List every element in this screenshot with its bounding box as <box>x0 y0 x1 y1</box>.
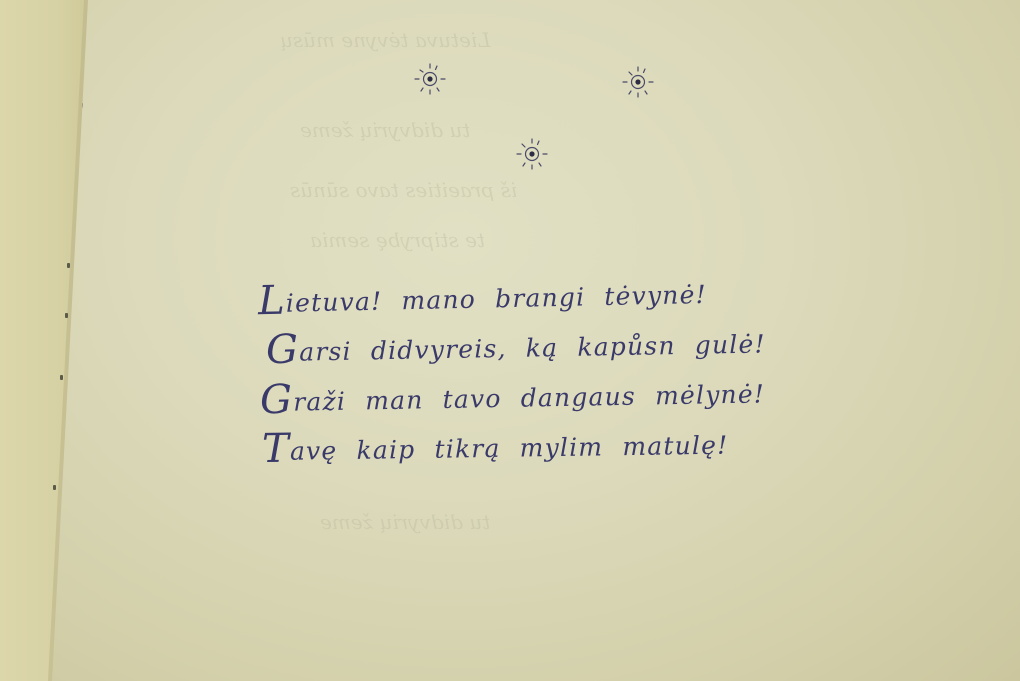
bleed-through-text: tu didvyrių žeme <box>300 118 470 142</box>
bleed-through-text: iš praeities tavo sūnūs <box>290 178 517 202</box>
binding-stitch <box>67 263 70 268</box>
poem-line-text: ietuva! mano brangi tėvynė! <box>286 280 708 318</box>
poem-line-text: arsi didvyreis, ką kapůsn gulė! <box>299 329 766 366</box>
poem-line-4: Tavę kaip tikrą mylim matulę! <box>262 416 859 474</box>
binding-stitch <box>65 313 68 318</box>
bleed-through-text: tu didvyrių žeme <box>320 510 490 534</box>
sun-ornament-icon <box>618 62 658 102</box>
binding-stitch <box>53 485 56 490</box>
sun-ornament-icon <box>410 59 450 99</box>
bleed-through-text: te stiprybę semia <box>310 228 485 252</box>
poem-line-text: avę kaip tikrą mylim matulę! <box>290 431 729 466</box>
sun-ornament-icon <box>512 134 552 174</box>
handwritten-poem: Lietuva! mano brangi tėvynė! Garsi didvy… <box>258 270 858 470</box>
initial-capital: T <box>262 426 291 472</box>
photographed-notebook: Lietuva tėvyne mūsų tu didvyrių žeme iš … <box>0 0 1020 681</box>
initial-capital: L <box>258 278 287 325</box>
initial-capital: G <box>266 327 300 374</box>
poem-line-text: raži man tavo dangaus mėlynė! <box>293 379 765 416</box>
binding-stitch <box>60 375 63 380</box>
initial-capital: G <box>260 377 294 424</box>
bleed-through-text: Lietuva tėvyne mūsų <box>280 28 491 52</box>
